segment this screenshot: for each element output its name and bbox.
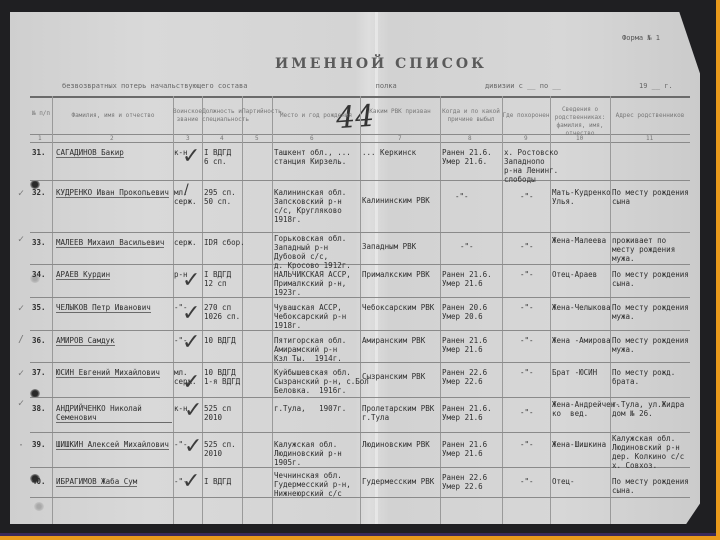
colnum: 11: [646, 135, 653, 142]
row-name: КУДРЕНКО Иван Прокопьевич: [56, 188, 169, 198]
colnum: 4: [220, 135, 224, 142]
document-subtitle: безвозвратных потерь начальствующего сос…: [62, 82, 687, 90]
row-number: 36.: [32, 336, 46, 345]
checkmark-icon: ✓: [182, 469, 200, 494]
row-rvk: Людиновским РВК: [362, 440, 430, 449]
row-date-reason: -"-: [455, 192, 469, 201]
header-col-5: Партийность: [242, 108, 272, 116]
col-divider: [502, 96, 503, 524]
frame-border-bottom: [0, 536, 720, 540]
row-address: По месту рождения сына.: [612, 477, 689, 495]
colnum: 6: [310, 135, 314, 142]
row-name: АНДРИЙЧЕНКО Николай Семенович: [56, 404, 172, 423]
col-divider: [202, 96, 203, 524]
row-number: 37.: [32, 368, 46, 377]
row-rvk: Чебоксарским РВК: [362, 303, 434, 312]
row-number: 31.: [32, 148, 46, 157]
row-number: 39.: [32, 440, 46, 449]
row-birthplace: г.Тула, 1907г.: [274, 404, 346, 413]
row-rank: серж.: [174, 238, 197, 247]
row-divider: [30, 432, 690, 433]
row-number: 40.: [32, 477, 46, 486]
row-relative: Мать-Кудренко Улья.: [552, 188, 611, 206]
col-divider: [272, 96, 273, 524]
margin-tick-mark: ✓: [18, 398, 24, 409]
row-divider: [30, 397, 690, 398]
checkmark-icon: ✓: [184, 434, 202, 459]
row-buried: -"-: [520, 477, 534, 486]
colnum: 10: [576, 135, 583, 142]
checkmark-icon: ✓: [182, 144, 200, 169]
col-divider: [52, 96, 53, 524]
punch-hole: [34, 502, 44, 511]
row-name: АМИРОВ Самдук: [56, 336, 115, 346]
row-date-reason: Ранен 22.6 Умер 22.6: [442, 473, 487, 491]
row-rvk: Пролетарским РВК г.Тула: [362, 404, 434, 422]
row-address: Калужская обл. Людиновский р-н дер. Колк…: [612, 434, 684, 470]
row-relative: Жена-Андрейчен- ко вед.: [552, 400, 620, 418]
row-divider: [30, 330, 690, 331]
row-rvk: Амиранским РВК: [362, 336, 425, 345]
header-col-7: Каким РВК призван: [360, 108, 440, 116]
row-relative: Отец-Араев: [552, 270, 597, 279]
checkmark-icon: ✓: [182, 268, 200, 293]
subtitle-year: 19 __ г.: [639, 82, 673, 90]
subtitle-losses: безвозвратных потерь начальствующего сос…: [62, 82, 247, 90]
row-address: По месту рождения сына.: [612, 270, 689, 288]
row-date-reason: Ранен 22.6 Умер 22.6: [442, 368, 487, 386]
row-position: IDЯ сбор.: [204, 238, 245, 247]
row-divider: [30, 180, 690, 181]
col-divider: [440, 96, 441, 524]
row-address: По месту рождения сына: [612, 188, 689, 206]
row-name: АРАЕВ Курдин: [56, 270, 110, 280]
row-position: 270 сп 1026 сп.: [204, 303, 240, 321]
row-relative: Жена-Малеева: [552, 236, 606, 245]
header-col-9: Где похоронен: [502, 112, 550, 120]
row-name: ЧЕЛЫКОВ Петр Иванович: [56, 303, 151, 313]
col-divider: [360, 96, 361, 524]
header-col-11: Адрес родственников: [610, 112, 690, 120]
header-col-1: № п/п: [30, 110, 52, 118]
colnum: 1: [38, 135, 42, 142]
document-title: ИМЕННОЙ СПИСОК: [275, 56, 487, 72]
margin-tick-mark: ✓: [18, 188, 24, 199]
row-date-reason: Ранен 21.6. Умер 21.6: [442, 270, 492, 288]
row-rvk: Гудермесским РВК: [362, 477, 434, 486]
row-position: I ВДГД 6 сп.: [204, 148, 231, 166]
row-position: 525 сп 2010: [204, 404, 231, 422]
row-rvk: Калининским РВК: [362, 196, 430, 205]
row-name: САГАДИНОВ Бакир: [56, 148, 124, 158]
row-number: 33.: [32, 238, 46, 247]
row-rvk: Сызранским РВК: [362, 372, 425, 381]
row-divider: [30, 497, 690, 498]
checkmark-icon: /: [184, 182, 189, 198]
row-date-reason: Ранен 21.6 Умер 21.6: [442, 336, 487, 354]
row-date-reason: Ранен 21.6. Умер 21.6.: [442, 148, 492, 166]
header-col-8: Когда и по какой причине выбыл: [440, 108, 502, 124]
row-birthplace: Ташкент обл., ... станция Кирзель.: [274, 148, 351, 166]
row-divider: [30, 232, 690, 233]
row-buried: -"-: [520, 192, 534, 201]
checkmark-icon: ✓: [182, 301, 200, 326]
row-number: 38.: [32, 404, 46, 413]
col-divider: [242, 96, 243, 524]
row-date-reason: -"-: [460, 242, 474, 251]
row-birthplace: Калужская обл. Людиновский р-н 1905г.: [274, 440, 342, 467]
row-address: г.Тула, ул.Жидра дом № 26.: [612, 400, 684, 418]
subtitle-division: дивизии с __ по __: [485, 82, 561, 90]
row-position: I ВДГД: [204, 477, 231, 486]
row-address: По месту рождения мужа.: [612, 303, 689, 321]
row-divider: [30, 362, 690, 363]
header-col-3: Воинское звание: [173, 108, 202, 124]
row-rvk: ... Керкинск: [362, 148, 416, 157]
colnum: 8: [468, 135, 472, 142]
row-address: проживает по месту рождения мужа.: [612, 236, 675, 263]
row-birthplace: Чечнинская обл. Гудермесский р-н, Нижнею…: [274, 471, 351, 498]
row-name: ШИШКИН Алексей Михайлович: [56, 440, 169, 450]
row-position: 525 сп. 2010: [204, 440, 236, 458]
row-rvk: Западным РВК: [362, 242, 416, 251]
colnum: 2: [110, 135, 114, 142]
row-buried: -"-: [520, 303, 534, 312]
row-birthplace: Горьковская обл. Западный р-н Дубовой с/…: [274, 234, 351, 270]
colnum: 7: [398, 135, 402, 142]
header-col-2: Фамилия, имя и отчество: [54, 112, 172, 120]
row-relative: Отец-: [552, 477, 575, 486]
row-buried: -"-: [520, 368, 534, 377]
row-number: 35.: [32, 303, 46, 312]
header-col-6: Место и год рождения: [272, 112, 360, 120]
row-address: По месту рождения мужа.: [612, 336, 689, 354]
row-name: МАЛЕЕВ Михаил Васильевич: [56, 238, 164, 248]
row-buried: -"-: [520, 440, 534, 449]
header-col-10: Сведения о родственниках: фамилия, имя, …: [550, 106, 610, 138]
row-date-reason: Ранен 21.6. Умер 21.6: [442, 404, 492, 422]
form-number: Форма № 1: [622, 34, 660, 42]
row-number: 34.: [32, 270, 46, 279]
header-col-4: Должность и специальность: [202, 108, 242, 124]
checkmark-icon: ✓: [184, 398, 202, 423]
colnum: 3: [186, 135, 190, 142]
checkmark-icon: ✓: [182, 330, 200, 355]
row-position: 10 ВДГД: [204, 336, 236, 345]
row-address: По месту рожд. брата.: [612, 368, 675, 386]
row-buried: -"-: [520, 242, 534, 251]
row-date-reason: Ранен 21.6 Умер 21.6: [442, 440, 487, 458]
row-divider: [30, 297, 690, 298]
row-relative: Жена-Шишкина: [552, 440, 606, 449]
colnum: 9: [524, 135, 528, 142]
row-buried: -"-: [520, 408, 534, 417]
row-relative: Жена-Челыкова: [552, 303, 611, 312]
margin-tick-mark: ✓: [18, 368, 24, 379]
margin-tick-mark: ✓: [18, 303, 24, 314]
row-position: 10 ВДГД 1-я ВДГД: [204, 368, 240, 386]
subtitle-regiment: полка: [376, 82, 397, 90]
row-buried: х. Ростовско Западнопо р-на Ленинг. слоб…: [504, 148, 558, 184]
margin-tick-mark: ·: [18, 440, 24, 451]
document-page: Форма № 1 ИМЕННОЙ СПИСОК безвозвратных п…: [10, 12, 700, 524]
row-position: I ВДГД 12 сп: [204, 270, 231, 288]
margin-tick-mark: /: [18, 334, 24, 345]
margin-tick-mark: ✓: [18, 234, 24, 245]
row-relative: Жена -Амирова: [552, 336, 611, 345]
row-buried: -"-: [520, 270, 534, 279]
row-divider: [30, 467, 690, 468]
row-birthplace: Куйбышевская обл. Сызранский р-н, с.Бол …: [274, 368, 369, 395]
row-birthplace: Пятигорская обл. Амирамский р-н Кзл Ты. …: [274, 336, 346, 363]
row-position: 295 сп. 50 сп.: [204, 188, 236, 206]
row-buried: -"-: [520, 336, 534, 345]
row-number: 32.: [32, 188, 46, 197]
frame-border-right: [716, 0, 720, 540]
row-name: ЮСИН Евгений Михайлович: [56, 368, 160, 378]
row-birthplace: Чувашская АССР, Чебоксарский р-н 1918г.: [274, 303, 346, 330]
checkmark-icon: ✓: [182, 370, 200, 395]
colnum: 5: [255, 135, 259, 142]
row-birthplace: Калининская обл. Запсковский р-н с/с, Кр…: [274, 188, 346, 224]
row-divider: [30, 264, 690, 265]
row-name: ИБРАГИМОВ Жаба Сум: [56, 477, 137, 487]
row-rvk: Прималкским РВК: [362, 270, 430, 279]
row-relative: Брат -ЮСИН: [552, 368, 597, 377]
row-birthplace: НАЛЬЧИКСКАЯ АССР, Прималкский р-н, 1923г…: [274, 270, 351, 297]
row-date-reason: Ранен 20.6 Умер 20.6: [442, 303, 487, 321]
